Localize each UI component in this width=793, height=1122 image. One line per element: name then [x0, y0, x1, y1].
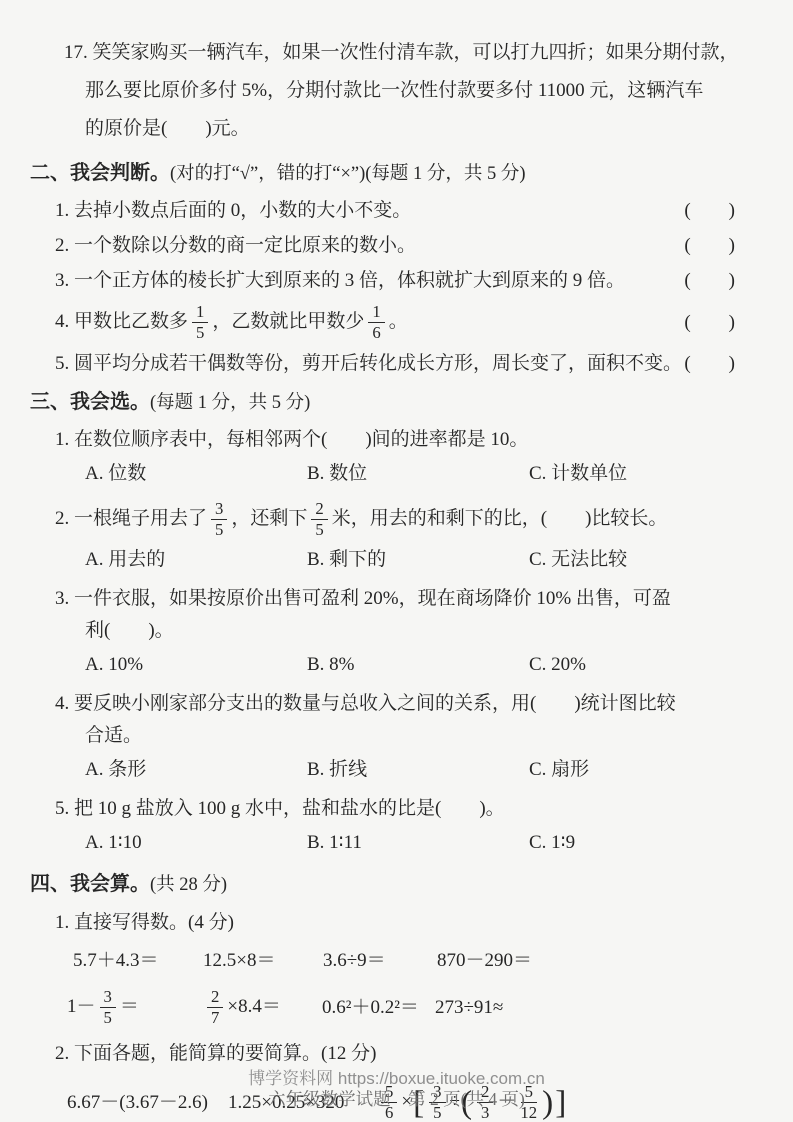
- choice-option-c: C. 1∶9: [529, 830, 763, 856]
- question-17-line: 的原价是( )元。: [30, 110, 763, 148]
- calc-expression: 12.5×8＝: [203, 948, 323, 974]
- judge-item-1: 1. 去掉小数点后面的 0，小数的大小不变。 ( ): [30, 198, 763, 224]
- calc-expression: 5.7＋4.3＝: [73, 948, 203, 974]
- fraction-one-fifth: 15: [192, 303, 208, 342]
- calc-expression: 273÷91≈: [435, 995, 763, 1021]
- calc-direct-row1: 5.7＋4.3＝ 12.5×8＝ 3.6÷9＝ 870－290＝: [30, 948, 763, 974]
- judge-item-text: 2. 一个数除以分数的商一定比原来的数小。: [55, 233, 684, 259]
- choice-option-a: A. 1∶10: [85, 830, 307, 856]
- answer-bracket: ( ): [684, 310, 735, 336]
- page-footer: 博学资料网 https://boxue.ituoke.com.cn 六年级数学试…: [0, 1069, 793, 1110]
- calc-direct-row2: 1－35＝ 27×8.4＝ 0.6²＋0.2²＝ 273÷91≈: [30, 988, 763, 1027]
- section-calc-header: 四、我会算。(共 28 分): [30, 869, 763, 900]
- question-17: 17. 笑笑家购买一辆汽车，如果一次性付清车款，可以打九四折；如果分期付款， 那…: [30, 34, 763, 148]
- answer-bracket: ( ): [684, 351, 735, 377]
- choice-option-a: A. 条形: [85, 757, 307, 783]
- section-calc-title: 四、我会算。: [30, 873, 150, 895]
- fraction-two-fifths: 25: [311, 500, 327, 539]
- judge-item-text-segment: 4. 甲数比乙数多: [55, 311, 188, 332]
- section-judge-title: 二、我会判断。: [30, 162, 170, 184]
- choice-q4-stem-line2: 合适。: [30, 723, 763, 749]
- section-judge-note: (对的打“√”，错的打“×”)(每题 1 分，共 5 分): [170, 164, 526, 184]
- judge-item-text-segment: 。: [389, 311, 408, 332]
- choice-q4-stem-line1: 4. 要反映小刚家部分支出的数量与总收入之间的关系，用( )统计图比较: [30, 691, 763, 717]
- choice-option-b: B. 折线: [307, 757, 529, 783]
- fraction-one-sixth: 16: [368, 303, 384, 342]
- section-choice-title: 三、我会选。: [30, 391, 150, 413]
- fraction-three-fifths: 35: [100, 988, 116, 1027]
- choice-option-b: B. 8%: [307, 652, 529, 678]
- section-choice-note: (每题 1 分，共 5 分): [150, 393, 310, 413]
- judge-item-2: 2. 一个数除以分数的商一定比原来的数小。 ( ): [30, 233, 763, 259]
- choice-q1-options: A. 位数 B. 数位 C. 计数单位: [30, 461, 763, 487]
- section-calc-note: (共 28 分): [150, 875, 227, 895]
- choice-q2-options: A. 用去的 B. 剩下的 C. 无法比较: [30, 547, 763, 573]
- judge-item-text: 3. 一个正方体的棱长扩大到原来的 3 倍，体积就扩大到原来的 9 倍。: [55, 268, 684, 294]
- choice-option-b: B. 剩下的: [307, 547, 529, 573]
- choice-q5-options: A. 1∶10 B. 1∶11 C. 1∶9: [30, 830, 763, 856]
- calc-expression: 0.6²＋0.2²＝: [322, 995, 435, 1021]
- choice-q3-stem-line1: 3. 一件衣服，如果按原价出售可盈利 20%，现在商场降价 10% 出售，可盈: [30, 586, 763, 612]
- calc-expression: 3.6÷9＝: [323, 948, 437, 974]
- answer-bracket: ( ): [684, 268, 735, 294]
- page-content: 17. 笑笑家购买一辆汽车，如果一次性付清车款，可以打九四折；如果分期付款， 那…: [0, 0, 793, 1122]
- choice-option-a: A. 位数: [85, 461, 307, 487]
- choice-option-a: A. 用去的: [85, 547, 307, 573]
- question-17-line: 17. 笑笑家购买一辆汽车，如果一次性付清车款，可以打九四折；如果分期付款，: [30, 34, 763, 72]
- exam-page: 17. 笑笑家购买一辆汽车，如果一次性付清车款，可以打九四折；如果分期付款， 那…: [0, 0, 793, 1122]
- choice-option-a: A. 10%: [85, 652, 307, 678]
- judge-item-text: 4. 甲数比乙数多15，乙数就比甲数少16。: [55, 303, 684, 342]
- choice-option-b: B. 数位: [307, 461, 529, 487]
- choice-q5-stem: 5. 把 10 g 盐放入 100 g 水中，盐和盐水的比是( )。: [30, 796, 763, 822]
- choice-q3-options: A. 10% B. 8% C. 20%: [30, 652, 763, 678]
- section-judge-header: 二、我会判断。(对的打“√”，错的打“×”)(每题 1 分，共 5 分): [30, 158, 763, 189]
- choice-q1-stem: 1. 在数位顺序表中，每相邻两个( )间的进率都是 10。: [30, 427, 763, 453]
- choice-q2-text-segment: 米，用去的和剩下的比，( )比较长。: [332, 508, 668, 529]
- section-choice-header: 三、我会选。(每题 1 分，共 5 分): [30, 387, 763, 418]
- calc-part2-label: 2. 下面各题，能简算的要简算。(12 分): [30, 1041, 763, 1067]
- footer-site-url: 博学资料网 https://boxue.ituoke.com.cn: [0, 1069, 793, 1089]
- judge-item-3: 3. 一个正方体的棱长扩大到原来的 3 倍，体积就扩大到原来的 9 倍。 ( ): [30, 268, 763, 294]
- calc-expression: 27×8.4＝: [203, 988, 322, 1027]
- fraction-three-fifths: 35: [211, 500, 227, 539]
- judge-item-5: 5. 圆平均分成若干偶数等份，剪开后转化成长方形，周长变了，面积不变。 ( ): [30, 351, 763, 377]
- choice-q2-stem: 2. 一根绳子用去了35，还剩下25米，用去的和剩下的比，( )比较长。: [30, 500, 763, 539]
- question-17-line: 那么要比原价多付 5%，分期付款比一次性付款要多付 11000 元，这辆汽车: [30, 72, 763, 110]
- answer-bracket: ( ): [684, 198, 735, 224]
- judge-item-text: 1. 去掉小数点后面的 0，小数的大小不变。: [55, 198, 684, 224]
- judge-item-text-segment: ，乙数就比甲数少: [212, 311, 364, 332]
- choice-option-c: C. 无法比较: [529, 547, 763, 573]
- choice-q3-stem-line2: 利( )。: [30, 618, 763, 644]
- choice-option-c: C. 计数单位: [529, 461, 763, 487]
- choice-q2-text-segment: 2. 一根绳子用去了: [55, 508, 207, 529]
- calc-part1-label: 1. 直接写得数。(4 分): [30, 910, 763, 936]
- calc-expression: 1－35＝: [67, 988, 203, 1027]
- judge-item-text: 5. 圆平均分成若干偶数等份，剪开后转化成长方形，周长变了，面积不变。: [55, 351, 684, 377]
- choice-q2-text-segment: ，还剩下: [231, 508, 307, 529]
- answer-bracket: ( ): [684, 233, 735, 259]
- choice-q4-options: A. 条形 B. 折线 C. 扇形: [30, 757, 763, 783]
- calc-expression: 870－290＝: [437, 948, 763, 974]
- choice-option-c: C. 扇形: [529, 757, 763, 783]
- judge-item-4: 4. 甲数比乙数多15，乙数就比甲数少16。 ( ): [30, 303, 763, 342]
- choice-option-c: C. 20%: [529, 652, 763, 678]
- choice-option-b: B. 1∶11: [307, 830, 529, 856]
- footer-page-number: 六年级数学试题 第 2 页(共 4 页): [0, 1089, 793, 1110]
- fraction-two-sevenths: 27: [207, 988, 223, 1027]
